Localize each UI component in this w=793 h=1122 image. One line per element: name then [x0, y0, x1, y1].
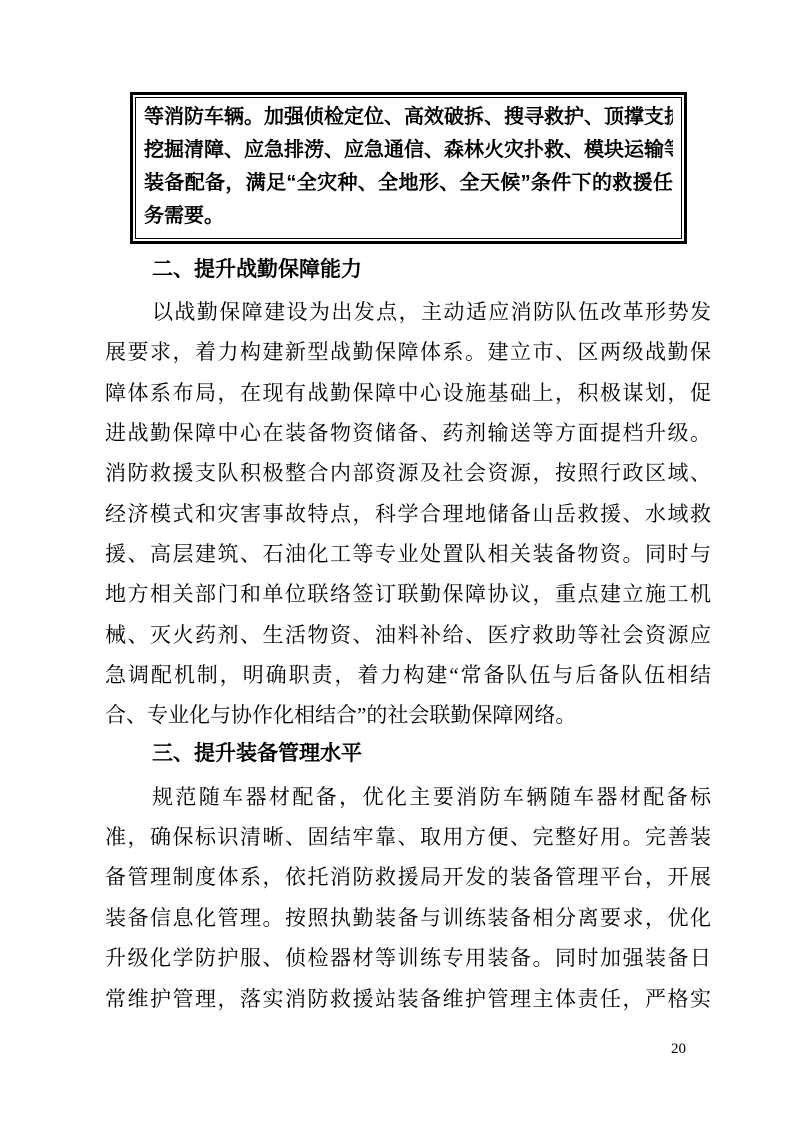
body-line: 装备信息化管理。按照执勤装备与训练装备相分离要求，优化: [105, 898, 711, 938]
body-line: 械、灭火药剂、生活物资、油料补给、医疗救助等社会资源应: [105, 615, 711, 655]
section-2-paragraph: 以战勤保障建设为出发点，主动适应消防队伍改革形势发 展要求，着力构建新型战勤保障…: [105, 292, 711, 736]
body-line: 合、专业化与协作化相结合”的社会联勤保障网络。: [105, 695, 711, 735]
page-number: 20: [671, 1041, 686, 1058]
body-line: 障体系布局，在现有战勤保障中心设施基础上，积极谋划，促: [105, 373, 711, 413]
callout-line: 挖掘清障、应急排涝、应急通信、森林火灾扑救、模块运输等: [144, 134, 673, 167]
section-heading-3: 三、提升装备管理水平: [105, 741, 711, 767]
body-line: 援、高层建筑、石油化工等专业处置队相关装备物资。同时与: [105, 534, 711, 574]
body-line: 备管理制度体系，依托消防救援局开发的装备管理平台，开展: [105, 857, 711, 897]
body-line: 消防救援支队积极整合内部资源及社会资源，按照行政区域、: [105, 453, 711, 493]
body-line: 准，确保标识清晰、固结牢靠、取用方便、完整好用。完善装: [105, 817, 711, 857]
body-line: 规范随车器材配备，优化主要消防车辆随车器材配备标: [105, 777, 711, 817]
body-line: 常维护管理，落实消防救援站装备维护管理主体责任，严格实: [105, 979, 711, 1019]
document-page: 等消防车辆。加强侦检定位、高效破拆、搜寻救护、顶撑支护、 挖掘清障、应急排涝、应…: [0, 0, 793, 1122]
body-line: 以战勤保障建设为出发点，主动适应消防队伍改革形势发: [105, 292, 711, 332]
callout-box-inner: 等消防车辆。加强侦检定位、高效破拆、搜寻救护、顶撑支护、 挖掘清障、应急排涝、应…: [135, 97, 682, 239]
callout-box: 等消防车辆。加强侦检定位、高效破拆、搜寻救护、顶撑支护、 挖掘清障、应急排涝、应…: [130, 92, 687, 244]
callout-line: 装备配备，满足“全灾种、全地形、全天候”条件下的救援任: [144, 167, 673, 200]
body-line: 升级化学防护服、侦检器材等训练专用装备。同时加强装备日: [105, 938, 711, 978]
body-line: 进战勤保障中心在装备物资储备、药剂输送等方面提档升级。: [105, 413, 711, 453]
section-heading-2: 二、提升战勤保障能力: [105, 257, 711, 283]
text-column: 等消防车辆。加强侦检定位、高效破拆、搜寻救护、顶撑支护、 挖掘清障、应急排涝、应…: [105, 92, 711, 1019]
body-line: 地方相关部门和单位联络签订联勤保障协议，重点建立施工机: [105, 574, 711, 614]
body-line: 经济模式和灾害事故特点，科学合理地储备山岳救援、水域救: [105, 494, 711, 534]
body-line: 急调配机制，明确职责，着力构建“常备队伍与后备队伍相结: [105, 655, 711, 695]
section-3-paragraph: 规范随车器材配备，优化主要消防车辆随车器材配备标 准，确保标识清晰、固结牢靠、取…: [105, 777, 711, 1019]
body-line: 展要求，着力构建新型战勤保障体系。建立市、区两级战勤保: [105, 332, 711, 372]
callout-line: 等消防车辆。加强侦检定位、高效破拆、搜寻救护、顶撑支护、: [144, 101, 673, 134]
callout-line: 务需要。: [144, 200, 673, 233]
